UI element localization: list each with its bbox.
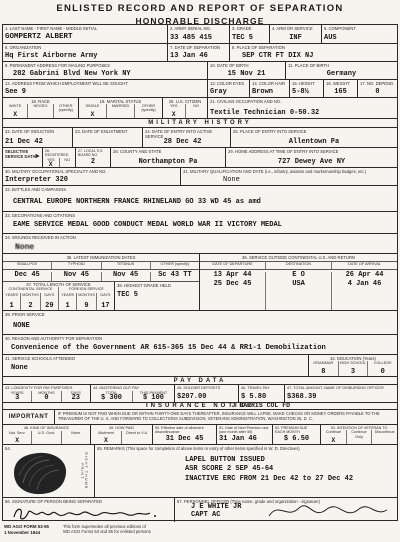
- longevity-field: 43. LONGEVITY FOR PAY PURPOSES YEARS3 MO…: [3, 385, 91, 402]
- row-mos: 30. MILITARY OCCUPATIONAL SPECIALTY AND …: [3, 168, 397, 186]
- field-label: 12. ADDRESS FROM WHICH EMPLOYMENT WILL B…: [5, 81, 205, 86]
- local-board-field: 27. LOCAL S.S. BOARD NO. 2: [76, 148, 111, 167]
- field-label: 39. PRIOR SERVICE: [5, 312, 395, 317]
- option-label: OTHER (specify): [136, 104, 161, 112]
- insurance-notice-bar: INSURANCE NOTICE J HARRIS COL FD: [3, 403, 397, 410]
- departure-col-label: DATE OF DEPARTURE: [200, 262, 266, 269]
- place-of-separation-field: 8. PLACE OF SEPARATION SEP CTR FT DIX NJ: [230, 44, 397, 61]
- field-label: 46. TRAVEL PAY: [241, 386, 282, 391]
- field-value: Gray: [210, 89, 247, 96]
- arrival-col-label: DATE OF ARRIVAL: [332, 262, 397, 269]
- prior-service-field: 39. PRIOR SERVICE NONE: [3, 311, 397, 334]
- row-identity: 1. LAST NAME - FIRST NAME - MIDDLE INITI…: [3, 25, 397, 44]
- option-label: NEGRO: [29, 104, 51, 108]
- field-value: None: [5, 244, 395, 252]
- smallpox-value: Dec 45: [3, 272, 52, 281]
- how-paid-field: 49. HOW PAID AllotmentX Direct to V.A.: [91, 425, 153, 444]
- longevity-days: 23: [63, 395, 89, 402]
- race-negro-option: NEGRO: [28, 104, 53, 118]
- field-value: $207.00: [177, 394, 236, 401]
- row-separation-reason: 40. REASON AND AUTHORITY FOR SEPARATION …: [3, 335, 397, 355]
- arm-service-field: 4. ARM OR SERVICE INF: [270, 25, 322, 43]
- checkbox-mark: X: [164, 112, 184, 119]
- remarks-line: LAPEL BUTTON ISSUED: [185, 457, 395, 464]
- field-label: 6. ORGANIZATION: [5, 45, 165, 50]
- civilian-occupation-field: 21. CIVILIAN OCCUPATION AND NO. Textile …: [208, 98, 397, 118]
- grammar-col: GRAMMAR8: [309, 361, 339, 376]
- checkbox-mark: X: [80, 112, 105, 119]
- registered-yes-option: YES X: [43, 158, 60, 167]
- mustering-total-col: TOTAL$ 300: [91, 391, 133, 402]
- field-label: 28. COUNTY AND STATE: [113, 149, 223, 154]
- field-value: 31 Jan 46: [219, 436, 270, 443]
- home-address-field: 29. HOME ADDRESS AT TIME OF ENTRY INTO S…: [226, 148, 397, 167]
- field-value: Interpreter 320: [5, 177, 178, 184]
- marital-other-option: OTHER (specify): [135, 104, 162, 118]
- option-label: Nat. Serv.: [4, 431, 30, 435]
- other-col-label: OTHER (specify): [151, 262, 199, 269]
- row-remarks: 54. RIGHT THUMB PRINT 55. REMARKS (This …: [3, 445, 397, 498]
- section-title: PAY DATA: [174, 378, 227, 384]
- row-demographics: 18. RACE WHITE X NEGRO OTHER (specify) 1…: [3, 98, 397, 119]
- field-label: 23. DATE OF ENLISTMENT: [75, 129, 140, 134]
- field-label: 26. REGISTERED: [45, 149, 73, 158]
- allotment-option: AllotmentX: [91, 431, 122, 444]
- tetanus-value: Nov 45: [102, 272, 151, 281]
- field-value: Brown: [252, 89, 287, 96]
- organization-field: 6. ORGANIZATION Hq First Airborne Army: [3, 44, 168, 61]
- remarks-field: 55. REMARKS (This space for completion o…: [95, 445, 397, 497]
- high-school-col: HIGH SCHOOL3: [339, 361, 369, 376]
- field-value: 727 Dewey Ave NY: [228, 159, 395, 166]
- days-label: DAYS: [42, 293, 57, 297]
- option-label: YES: [164, 104, 184, 108]
- field-label: 30. MILITARY OCCUPATIONAL SPECIALTY AND …: [5, 169, 178, 174]
- separatee-signature-image: [9, 504, 159, 522]
- field-value: Northampton Pa: [113, 159, 223, 166]
- field-value: TEC 5: [232, 35, 267, 42]
- field-value: 21 Dec 42: [5, 139, 70, 146]
- continue-only-option: Continue Only: [347, 430, 373, 444]
- high-school-years: 3: [340, 369, 367, 376]
- field-value: AUS: [324, 35, 395, 42]
- field-label: 50. Effective date of allotment disconti…: [155, 426, 214, 435]
- row-important: IMPORTANT IF PREMIUM IS NOT PAID WHEN DU…: [3, 410, 397, 425]
- row-insurance: 48. KIND OF INSURANCE Nat. Serv.X U.S. G…: [3, 425, 397, 445]
- field-label: 40. REASON AND AUTHORITY FOR SEPARATION: [5, 336, 395, 341]
- option-label: Allotment: [92, 431, 120, 435]
- race-white-option: WHITE X: [3, 104, 28, 118]
- field-label: 55. REMARKS (This space for completion o…: [97, 446, 395, 451]
- none-option: None: [62, 431, 90, 444]
- personnel-officer-signature-image: [265, 501, 395, 521]
- length-of-service-field: 37. TOTAL LENGTH OF SERVICE CONTINENTAL …: [3, 282, 115, 310]
- continue-option: ContinueX: [321, 430, 347, 444]
- next-premium-due-field: 51. Date of Next Premium due (one month …: [217, 425, 273, 444]
- document-title: ENLISTED RECORD AND REPORT OF SEPARATION: [0, 0, 400, 14]
- field-label: 51. Date of Next Premium due (one month …: [219, 426, 270, 435]
- marital-status-field: 19. MARITAL STATUS SINGLE X MARRIED OTHE…: [79, 98, 163, 118]
- field-value: Germany: [288, 71, 395, 78]
- row-physical: 12. ADDRESS FROM WHICH EMPLOYMENT WILL B…: [3, 80, 397, 98]
- service-schools-field: 41. SERVICE SCHOOLS ATTENDED None: [3, 355, 309, 376]
- total-amount-field: 47. TOTAL AMOUNT, NAME OF DISBURSING OFF…: [285, 385, 397, 402]
- field-label: 32. BATTLES AND CAMPAIGNS: [5, 187, 395, 192]
- direct-to-va-option: Direct to V.A.: [122, 431, 152, 444]
- field-label: 4. ARM OR SERVICE: [272, 26, 319, 31]
- date-of-separation-field: 7. DATE OF SEPARATION 13 Jan 46: [168, 44, 230, 61]
- field-value: 165: [326, 89, 355, 96]
- education-field: 42. EDUCATION (Years) GRAMMAR8 HIGH SCHO…: [309, 355, 397, 376]
- allotment-discontinuance-field: 50. Effective date of allotment disconti…: [153, 425, 217, 444]
- citizen-yes-option: YES X: [163, 104, 186, 118]
- field-label: 34. WOUNDS RECEIVED IN ACTION: [5, 235, 395, 240]
- field-value: None: [223, 177, 395, 184]
- color-eyes-field: 13. COLOR EYES Gray: [208, 80, 250, 97]
- row-immunization-service: 35. LATEST IMMUNIZATION DATES SMALLPOX T…: [3, 254, 397, 311]
- foreign-days: 17: [98, 303, 113, 310]
- selective-service-label-cell: SELECTIVE SERVICE DATA ►: [3, 148, 43, 167]
- continental-days: 29: [42, 303, 57, 310]
- years-label: YEARS: [60, 293, 75, 297]
- military-history-bar: MILITARY HISTORY: [3, 119, 397, 128]
- field-value: $ 6.50: [275, 436, 318, 443]
- form-date: 1 November 1944: [4, 530, 49, 536]
- important-text: IF PREMIUM IS NOT PAID WHEN DUE OR WITHI…: [55, 410, 397, 424]
- mustering-total: $ 300: [92, 395, 131, 402]
- military-qualification-field: 31. MILITARY QUALIFICATION AND DATE (i.e…: [181, 168, 397, 185]
- field-value: $368.39: [287, 394, 395, 401]
- field-value: CENTRAL EUROPE NORTHERN FRANCE RHINELAND…: [5, 199, 395, 206]
- destination-2: USA: [266, 281, 332, 292]
- field-value: $ 5.80: [241, 394, 282, 401]
- field-label: 31. MILITARY QUALIFICATION AND DATE (i.e…: [183, 169, 395, 174]
- longevity-years-col: YEARS3: [3, 391, 32, 402]
- date-of-enlistment-field: 23. DATE OF ENLISTMENT: [73, 128, 143, 147]
- employment-address-field: 12. ADDRESS FROM WHICH EMPLOYMENT WILL B…: [3, 80, 208, 97]
- place-of-entry-field: 25. PLACE OF ENTRY INTO SERVICE Allentow…: [231, 128, 397, 147]
- option-label: SINGLE: [80, 104, 105, 108]
- row-selective-service: SELECTIVE SERVICE DATA ► 26. REGISTERED …: [3, 148, 397, 168]
- field-label: 41. SERVICE SCHOOLS ATTENDED: [5, 356, 306, 361]
- field-label: 36. SERVICE OUTSIDE CONTINENTAL U.S. AND…: [200, 254, 397, 262]
- county-state-field: 28. COUNTY AND STATE Northampton Pa: [111, 148, 226, 167]
- mailing-address-field: 9. PERMANENT ADDRESS FOR MAILING PURPOSE…: [3, 62, 208, 79]
- option-label: WHITE: [4, 104, 26, 108]
- field-label: 47. TOTAL AMOUNT, NAME OF DISBURSING OFF…: [287, 386, 395, 391]
- typhoid-value: Nov 45: [52, 272, 101, 281]
- foreign-years: 1: [60, 303, 75, 310]
- separatee-signature-field: 56. SIGNATURE OF PERSON BEING SEPARATED: [3, 498, 175, 522]
- typhoid-col-label: TYPHOID: [52, 262, 101, 269]
- longevity-years: 3: [4, 395, 30, 402]
- registered-no-option: NO: [60, 158, 76, 167]
- continental-years: 1: [4, 303, 19, 310]
- row-schools-education: 41. SERVICE SCHOOLS ATTENDED None 42. ED…: [3, 355, 397, 377]
- mustering-out-pay-field: 44. MUSTERING OUT PAY TOTAL$ 300 THIS PA…: [91, 385, 175, 402]
- disbursing-officer-name: J HARRIS COL FD: [232, 402, 291, 410]
- field-label: 52. PREMIUM DUE EACH MONTH: [275, 426, 318, 435]
- row-battles: 32. BATTLES AND CAMPAIGNS CENTRAL EUROPE…: [3, 186, 397, 212]
- field-label: 27. LOCAL S.S. BOARD NO.: [78, 149, 108, 158]
- field-value: INF: [272, 35, 319, 42]
- field-value: 31 Dec 45: [155, 436, 214, 443]
- field-value: 282 Gabrini Blvd New York NY: [5, 71, 205, 78]
- longevity-months-col: MONTHS0: [32, 391, 61, 402]
- us-govt-option: U.S. Govt.: [32, 431, 61, 444]
- field-label: 3. GRADE: [232, 26, 267, 31]
- checkbox-mark: X: [4, 438, 30, 445]
- longevity-days-col: DAYS23: [62, 391, 90, 402]
- active-service-entry-field: 24. DATE OF ENTRY INTO ACTIVE SERVICE 28…: [143, 128, 231, 147]
- field-label: 17. NO. DEPEND.: [360, 81, 395, 86]
- option-label: MARRIED: [108, 104, 133, 108]
- field-label: 16. WEIGHT: [326, 81, 355, 86]
- field-label: 21. CIVILIAN OCCUPATION AND NO.: [210, 99, 395, 104]
- remarks-line: INACTIVE ERC FROM 21 Dec 42 to 27 Dec 42: [185, 476, 395, 483]
- months-label: MONTHS: [22, 293, 38, 297]
- row-decorations: 33. DECORATIONS AND CITATIONS EAME SERVI…: [3, 212, 397, 234]
- field-value: 15 Nov 21: [210, 71, 283, 78]
- important-label: IMPORTANT: [3, 410, 55, 424]
- personnel-officer-field: 57. PERSONNEL OFFICER (Type name, grade …: [175, 498, 397, 522]
- field-value: Allentown Pa: [233, 139, 395, 146]
- separation-document: ENLISTED RECORD AND REPORT OF SEPARATION…: [0, 0, 400, 542]
- field-label: 14. COLOR HAIR: [252, 81, 287, 86]
- option-label: None: [63, 431, 89, 435]
- field-label: 13. COLOR EYES: [210, 81, 247, 86]
- field-label: 11. PLACE OF BIRTH: [288, 63, 395, 68]
- field-value: NONE: [5, 323, 395, 330]
- wounds-field: 34. WOUNDS RECEIVED IN ACTION None: [3, 234, 397, 253]
- citizen-field: 20. U.S. CITIZEN YES X NO: [163, 98, 208, 118]
- section-title: MILITARY HISTORY: [148, 120, 252, 126]
- years-label: YEARS: [4, 293, 19, 297]
- mos-field: 30. MILITARY OCCUPATIONAL SPECIALTY AND …: [3, 168, 181, 185]
- race-other-option: OTHER (specify): [54, 104, 78, 118]
- months-label: MONTHS: [78, 293, 94, 297]
- highest-grade-field: 38. HIGHEST GRADE HELD TEC 5: [115, 282, 199, 310]
- kind-of-insurance-field: 48. KIND OF INSURANCE Nat. Serv.X U.S. G…: [3, 425, 91, 444]
- last-name-field: 1. LAST NAME - FIRST NAME - MIDDLE INITI…: [3, 25, 168, 43]
- nat-serv-option: Nat. Serv.X: [3, 431, 32, 444]
- field-value: Hq First Airborne Army: [5, 53, 165, 60]
- discontinue-option: Discontinue: [372, 430, 397, 444]
- tetanus-col-label: TETANUS: [102, 262, 151, 269]
- row-signatures: 56. SIGNATURE OF PERSON BEING SEPARATED …: [3, 498, 397, 522]
- row-address: 9. PERMANENT ADDRESS FOR MAILING PURPOSE…: [3, 62, 397, 80]
- supersedes-note: WD AGO Forms 53 and 55 for enlisted pers…: [63, 529, 151, 534]
- checkbox-mark: X: [4, 112, 26, 119]
- field-value: 13 Jan 46: [170, 53, 227, 60]
- veteran-intention-field: 53. INTENTION OF VETERAN TO ContinueX Co…: [321, 425, 397, 444]
- field-label: 2. ARMY SERIAL NO.: [170, 26, 227, 31]
- field-label: 33. DECORATIONS AND CITATIONS: [5, 213, 395, 218]
- destination-col-label: DESTINATION: [266, 262, 332, 269]
- arrow-right-icon: ►: [34, 153, 41, 160]
- arrival-2: 4 Jan 46: [332, 281, 397, 292]
- college-years: 0: [369, 369, 396, 376]
- college-col: COLLEGE0: [368, 361, 397, 376]
- option-label: NO: [61, 158, 75, 162]
- field-value: Convenience of the Government AR 615-365…: [5, 345, 395, 353]
- serial-no-field: 2. ARMY SERIAL NO. 33 485 415: [168, 25, 230, 43]
- marital-single-option: SINGLE X: [79, 104, 107, 118]
- field-value: None: [5, 365, 306, 372]
- service-outside-us-field: 36. SERVICE OUTSIDE CONTINENTAL U.S. AND…: [200, 254, 397, 310]
- option-label: U.S. Govt.: [33, 431, 59, 435]
- grade-field: 3. GRADE TEC 5: [230, 25, 270, 43]
- col-label: COLLEGE: [369, 361, 396, 365]
- row-organization: 6. ORGANIZATION Hq First Airborne Army 7…: [3, 44, 397, 62]
- field-label: 7. DATE OF SEPARATION: [170, 45, 227, 50]
- field-label: 9. PERMANENT ADDRESS FOR MAILING PURPOSE…: [5, 63, 205, 68]
- option-label: Continue Only: [348, 430, 371, 438]
- thumbprint-field: 54. RIGHT THUMB PRINT: [3, 445, 95, 497]
- field-value: EAME SERVICE MEDAL GOOD CONDUCT MEDAL WO…: [5, 222, 395, 229]
- smallpox-col-label: SMALLPOX: [3, 262, 52, 269]
- field-value: 0: [360, 89, 395, 96]
- field-label: 1. LAST NAME - FIRST NAME - MIDDLE INITI…: [5, 26, 165, 31]
- option-label: NO: [187, 104, 207, 108]
- col-label: GRAMMAR: [310, 361, 337, 365]
- continental-months: 2: [22, 303, 38, 310]
- field-value: See 9: [5, 89, 205, 96]
- field-value: 2: [78, 159, 108, 166]
- field-value: 28 Dec 42: [143, 139, 228, 146]
- marital-married-option: MARRIED: [107, 104, 135, 118]
- field-label: 45. SOLDIER DEPOSITS: [177, 386, 236, 391]
- right-thumb-print-label: RIGHT THUMB PRINT: [80, 449, 88, 493]
- field-value: TEC 5: [117, 292, 197, 299]
- row-pay: 43. LONGEVITY FOR PAY PURPOSES YEARS3 MO…: [3, 385, 397, 403]
- mustering-this-payment-col: THIS PAYMENT$ 100: [133, 391, 174, 402]
- field-label: 22. DATE OF INDUCTION: [5, 129, 70, 134]
- foreign-months: 9: [78, 303, 94, 310]
- field-value: SEP CTR FT DIX NJ: [232, 53, 395, 60]
- travel-pay-field: 46. TRAVEL PAY $ 5.80: [239, 385, 285, 402]
- field-label: 10. DATE OF BIRTH: [210, 63, 283, 68]
- place-of-birth-field: 11. PLACE OF BIRTH Germany: [286, 62, 397, 79]
- option-label: Discontinue: [373, 430, 396, 434]
- component-field: 5. COMPONENT AUS: [322, 25, 397, 43]
- form-footer: WD AGO FORM 53-55 1 November 1944 This f…: [4, 524, 396, 535]
- field-label: 38. HIGHEST GRADE HELD: [117, 283, 197, 288]
- days-label: DAYS: [98, 293, 113, 297]
- dependents-field: 17. NO. DEPEND. 0: [358, 80, 397, 97]
- separation-reason-field: 40. REASON AND AUTHORITY FOR SEPARATION …: [3, 335, 397, 354]
- form-number: WD AGO FORM 53-55: [4, 524, 49, 530]
- field-label: 8. PLACE OF SEPARATION: [232, 45, 395, 50]
- date-of-induction-field: 22. DATE OF INDUCTION 21 Dec 42: [3, 128, 73, 147]
- field-value: GOMPERTZ ALBERT: [5, 34, 165, 42]
- battles-campaigns-field: 32. BATTLES AND CAMPAIGNS CENTRAL EUROPE…: [3, 186, 397, 211]
- citizen-no-option: NO: [186, 104, 208, 118]
- departure-2: 25 Dec 45: [200, 281, 266, 292]
- color-hair-field: 14. COLOR HAIR Brown: [250, 80, 290, 97]
- immunization-service-left: 35. LATEST IMMUNIZATION DATES SMALLPOX T…: [3, 254, 200, 310]
- field-label: 5. COMPONENT: [324, 26, 395, 31]
- other-immunization-value: Sc 43 TT: [151, 272, 199, 281]
- row-prior-service: 39. PRIOR SERVICE NONE: [3, 311, 397, 335]
- immunization-label: 35. LATEST IMMUNIZATION DATES: [3, 254, 199, 262]
- option-label: Continue: [322, 430, 345, 434]
- weight-field: 16. WEIGHT 165: [324, 80, 358, 97]
- field-value: 33 485 415: [170, 35, 227, 42]
- row-wounds: 34. WOUNDS RECEIVED IN ACTION None: [3, 234, 397, 254]
- longevity-months: 0: [33, 395, 59, 402]
- mustering-this-payment: $ 100: [134, 395, 173, 402]
- height-field: 15. HEIGHT 5-8½: [290, 80, 324, 97]
- checkbox-mark: X: [44, 162, 58, 167]
- row-induction: 22. DATE OF INDUCTION 21 Dec 42 23. DATE…: [3, 128, 397, 148]
- thumbprint-image: [9, 451, 75, 495]
- race-field: 18. RACE WHITE X NEGRO OTHER (specify): [3, 98, 79, 118]
- premium-due-field: 52. PREMIUM DUE EACH MONTH $ 6.50: [273, 425, 321, 444]
- grammar-years: 8: [310, 369, 337, 376]
- form-table: 1. LAST NAME - FIRST NAME - MIDDLE INITI…: [2, 24, 398, 521]
- decorations-field: 33. DECORATIONS AND CITATIONS EAME SERVI…: [3, 212, 397, 233]
- date-of-birth-field: 10. DATE OF BIRTH 15 Nov 21: [208, 62, 286, 79]
- field-label: 29. HOME ADDRESS AT TIME OF ENTRY INTO S…: [228, 149, 395, 154]
- checkbox-mark: X: [322, 438, 345, 445]
- option-label: Direct to V.A.: [123, 431, 151, 435]
- field-value: 5-8½: [292, 89, 321, 96]
- option-label: OTHER (specify): [55, 104, 77, 112]
- registered-field: 26. REGISTERED YES X NO: [43, 148, 76, 167]
- field-value: Textile Technician 0-50.32: [210, 110, 395, 117]
- remarks-line: ASR SCORE 2 SEP 45-64: [185, 466, 395, 473]
- field-label: 25. PLACE OF ENTRY INTO SERVICE: [233, 129, 395, 134]
- pay-data-bar: PAY DATA: [3, 377, 397, 385]
- soldier-deposits-field: 45. SOLDIER DEPOSITS $207.00: [175, 385, 239, 402]
- col-label: HIGH SCHOOL: [340, 361, 367, 365]
- field-label: 15. HEIGHT: [292, 81, 321, 86]
- checkbox-mark: X: [92, 438, 120, 445]
